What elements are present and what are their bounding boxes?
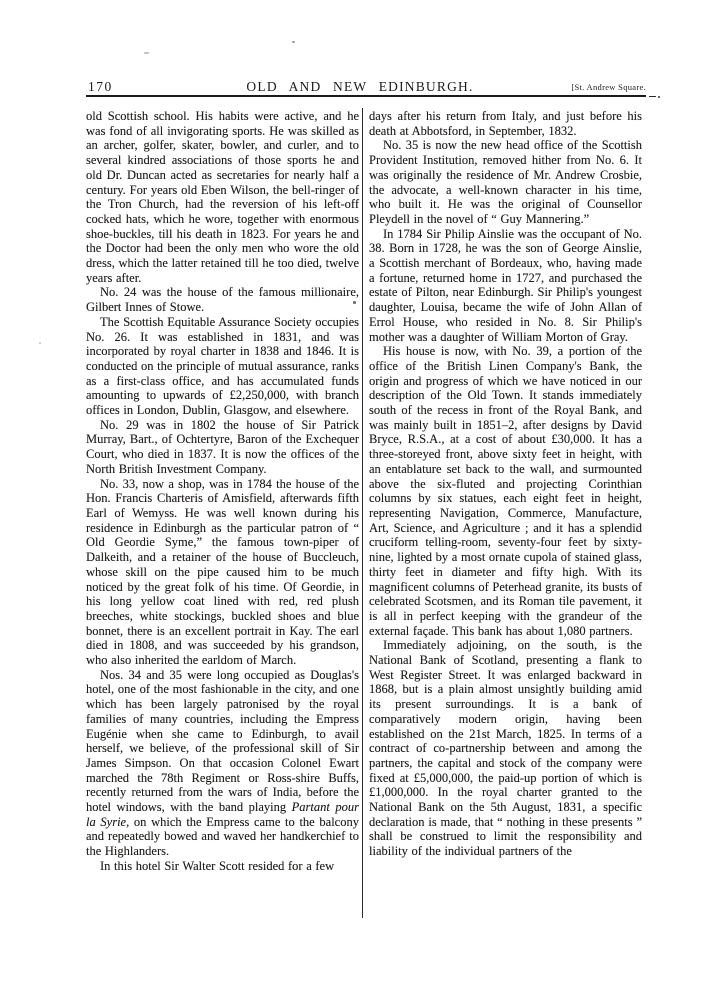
paragraph: days after his return from Italy, and ju… <box>369 109 642 138</box>
text-run: No. 35 is now the new head office of the… <box>369 138 642 226</box>
paragraph: No. 24 was the house of the famous milli… <box>86 285 359 314</box>
column-divider-rule <box>362 108 363 918</box>
text-run: In this hotel Sir Walter Scott resided f… <box>100 859 334 873</box>
paragraph: old Scottish school. His habits were act… <box>86 109 359 285</box>
running-head-title: OLD AND NEW EDINBURGH. <box>86 79 634 95</box>
text-run: The Scottish Equitable Assurance Society… <box>86 315 359 417</box>
paragraph: In this hotel Sir Walter Scott resided f… <box>86 859 359 874</box>
running-head-section-label: [St. Andrew Square. <box>571 82 646 92</box>
text-run: No. 24 was the house of the famous milli… <box>86 285 359 314</box>
paragraph: No. 29 was in 1802 the house of Sir Patr… <box>86 418 359 477</box>
paragraph: No. 33, now a shop, was in 1784 the hous… <box>86 477 359 668</box>
text-run: old Scottish school. His habits were act… <box>86 109 359 285</box>
header-rule <box>86 95 646 97</box>
paragraph: No. 35 is now the new head office of the… <box>369 138 642 226</box>
text-column-left: old Scottish school. His habits were act… <box>86 109 359 874</box>
scan-speck <box>39 342 41 344</box>
paragraph: His house is now, with No. 39, a portion… <box>369 344 642 638</box>
text-run: days after his return from Italy, and ju… <box>369 109 642 138</box>
text-run: Nos. 34 and 35 were long occupied as Dou… <box>86 668 359 814</box>
header-rule-tail <box>649 96 656 97</box>
scan-speck <box>144 52 149 54</box>
paragraph: Nos. 34 and 35 were long occupied as Dou… <box>86 668 359 859</box>
text-run: In 1784 Sir Philip Ainslie was the occup… <box>369 227 642 344</box>
text-run: No. 29 was in 1802 the house of Sir Patr… <box>86 418 359 476</box>
text-run: No. 33, now a shop, was in 1784 the hous… <box>86 477 359 667</box>
text-column-right: days after his return from Italy, and ju… <box>369 109 642 859</box>
paragraph: In 1784 Sir Philip Ainslie was the occup… <box>369 227 642 345</box>
text-run: Immediately adjoining, on the south, is … <box>369 638 642 858</box>
text-run: His house is now, with No. 39, a portion… <box>369 344 642 637</box>
book-page-scan: 170 OLD AND NEW EDINBURGH. [St. Andrew S… <box>0 0 722 1000</box>
scan-speck <box>292 41 295 43</box>
paragraph: Immediately adjoining, on the south, is … <box>369 638 642 859</box>
header-rule-dot <box>658 96 660 98</box>
paragraph: The Scottish Equitable Assurance Society… <box>86 315 359 418</box>
